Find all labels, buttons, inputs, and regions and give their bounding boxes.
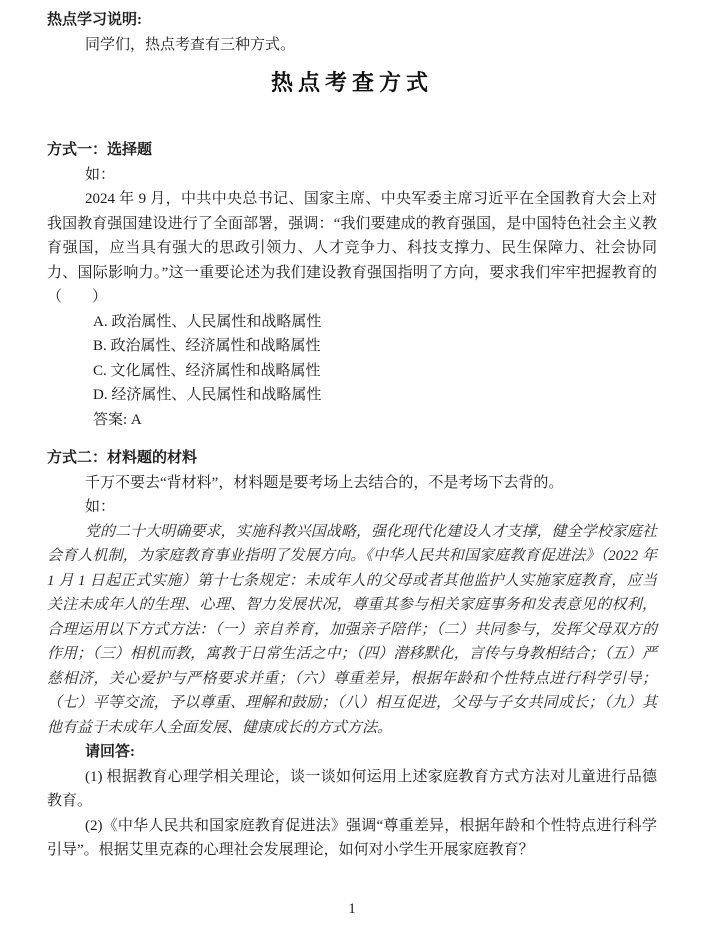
- method-1-heading: 方式一：选择题: [47, 138, 657, 163]
- page-title: 热点考查方式: [47, 68, 657, 98]
- method-1-example-label: 如：: [47, 163, 657, 188]
- material-question-1: (1) 根据教育心理学相关理论，谈一谈如何运用上述家庭教育方式方法对儿童进行品德…: [47, 765, 657, 814]
- intro-text: 同学们，热点考查有三种方式。: [47, 33, 657, 58]
- method-2-heading: 方式二：材料题的材料: [47, 446, 657, 471]
- page-number: 1: [0, 897, 704, 922]
- material-paragraph: 党的二十大明确要求，实施科教兴国战略，强化现代化建设人才支撑，健全学校家庭社会育…: [47, 520, 657, 741]
- method-2-note: 千万不要去“背材料”，材料题是要考场上去结合的，不是考场下去背的。: [47, 471, 657, 496]
- section-method-2: 方式二：材料题的材料 千万不要去“背材料”，材料题是要考场上去结合的，不是考场下…: [47, 446, 657, 863]
- option-c: C. 文化属性、经济属性和战略属性: [47, 359, 657, 384]
- document-page: 热点学习说明: 同学们，热点考查有三种方式。 热点考查方式 方式一：选择题 如：…: [0, 0, 704, 935]
- intro-heading: 热点学习说明:: [47, 8, 657, 33]
- section-method-1: 方式一：选择题 如： 2024 年 9 月，中共中央总书记、国家主席、中央军委主…: [47, 138, 657, 432]
- option-b: B. 政治属性、经济属性和战略属性: [47, 334, 657, 359]
- answer-line: 答案: A: [47, 408, 657, 433]
- material-question-2: (2)《中华人民共和国家庭教育促进法》强调“尊重差异，根据年龄和个性特点进行科学…: [47, 814, 657, 863]
- multiple-choice-question: 2024 年 9 月，中共中央总书记、国家主席、中央军委主席习近平在全国教育大会…: [47, 187, 657, 310]
- method-2-example-label: 如：: [47, 495, 657, 520]
- option-d: D. 经济属性、人民属性和战略属性: [47, 383, 657, 408]
- option-a: A. 政治属性、人民属性和战略属性: [47, 310, 657, 335]
- ask-label: 请回答:: [47, 740, 657, 765]
